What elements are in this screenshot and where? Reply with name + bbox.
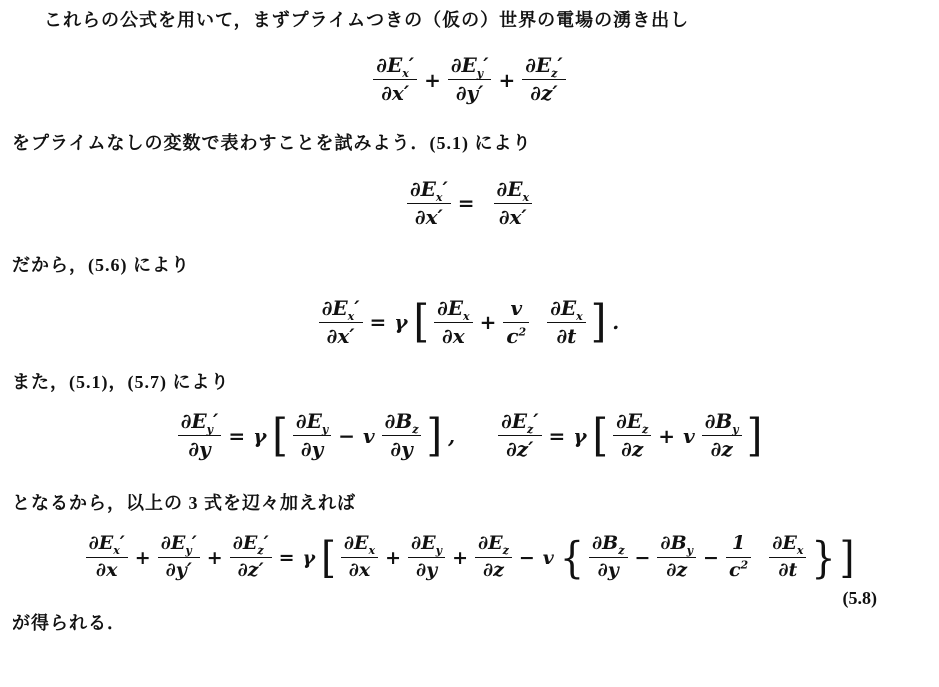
math-symbol: = — [458, 191, 475, 215]
equation-5-1-applied: ∂Ex′∂x′=∂Ex∂x′ — [12, 178, 927, 229]
bracket: [ — [593, 417, 609, 455]
math-symbol: + — [498, 68, 515, 92]
paragraph-lead: これらの公式を用いて，まずプライムつきの（仮の）世界の電場の湧き出し — [12, 8, 927, 32]
fraction: ∂Ex′∂x — [86, 533, 128, 582]
bracket: [ — [272, 417, 288, 455]
equation-divergence-primed: ∂Ex′∂x′+∂Ey′∂y′+∂Ez′∂z′ — [12, 54, 927, 105]
fraction: ∂Ex∂x — [341, 533, 378, 582]
fraction: ∂Ex′∂x′ — [407, 178, 451, 229]
math-symbol: v — [683, 424, 695, 448]
fraction: ∂Ey′∂y — [178, 410, 222, 461]
fraction: ∂By∂z — [702, 410, 742, 461]
paragraph-sum-three-equations: となるから，以上の 3 式を辺々加えれば — [12, 491, 927, 515]
bracket: [ — [413, 303, 429, 341]
math-symbol: = — [228, 424, 245, 448]
bracket: ] — [426, 417, 442, 455]
bracket: { — [560, 540, 584, 576]
paragraph-by-5-1-and-5-7: また，(5.1)，(5.7) により — [12, 370, 927, 394]
math-symbol: − — [635, 547, 651, 569]
paragraph-by-5-1: をプライムなしの変数で表わすことを試みよう．(5.1) により — [12, 131, 927, 155]
fraction: ∂Ey′∂y′ — [448, 54, 492, 105]
math-symbol: v — [543, 547, 554, 569]
bracket: [ — [321, 540, 336, 576]
math-symbol: + — [658, 424, 675, 448]
paragraph-result: が得られる． — [12, 611, 927, 635]
math-symbol: − — [338, 424, 355, 448]
bracket: ] — [591, 303, 607, 341]
math-symbol: + — [135, 547, 151, 569]
fraction: ∂Ex∂t — [547, 297, 586, 348]
bracket: ] — [747, 417, 763, 455]
equation-5-1-5-7-applied: ∂Ey′∂y=γ[∂Ey∂y−v∂Bz∂y],∂Ez′∂z′=γ[∂Ez∂z+v… — [12, 410, 927, 461]
fraction: ∂Bz∂y — [589, 533, 627, 582]
fraction: ∂Ex∂x — [434, 297, 473, 348]
math-symbol: . — [612, 310, 619, 334]
bracket: ] — [840, 540, 855, 576]
math-symbol: γ — [303, 547, 316, 569]
math-symbol: = — [279, 547, 295, 569]
fraction: ∂Ez′∂z′ — [498, 410, 541, 461]
fraction: ∂Ez∂z — [613, 410, 651, 461]
math-symbol: − — [703, 547, 719, 569]
bracket: } — [811, 540, 835, 576]
fraction: 1c2 — [726, 533, 751, 582]
math-symbol: + — [207, 547, 223, 569]
equation-5-6-applied: ∂Ex′∂x′=γ[∂Ex∂x+vc2∂Ex∂t]. — [12, 297, 927, 348]
fraction: ∂Ex∂x′ — [494, 178, 533, 229]
equation-5-8: ∂Ex′∂x+∂Ey′∂y′+∂Ez′∂z′=γ[∂Ex∂x+∂Ey∂y+∂Ez… — [12, 533, 927, 582]
fraction: ∂Ey∂y — [408, 533, 445, 582]
fraction: ∂Ex′∂x′ — [373, 54, 417, 105]
math-symbol: , — [448, 424, 455, 448]
fraction: ∂Ez′∂z′ — [230, 533, 272, 582]
math-symbol: + — [452, 547, 468, 569]
math-symbol: γ — [573, 424, 586, 448]
math-symbol: = — [549, 424, 566, 448]
equation-number: (5.8) — [12, 588, 927, 609]
math-symbol: + — [424, 68, 441, 92]
math-symbol: − — [519, 547, 535, 569]
fraction: ∂Ey∂y — [293, 410, 331, 461]
math-symbol: + — [480, 310, 497, 334]
fraction: ∂Ey′∂y′ — [158, 533, 200, 582]
math-symbol: γ — [253, 424, 266, 448]
math-symbol: + — [385, 547, 401, 569]
textbook-page: これらの公式を用いて，まずプライムつきの（仮の）世界の電場の湧き出し ∂Ex′∂… — [0, 0, 939, 687]
fraction: ∂Bz∂y — [382, 410, 422, 461]
fraction: ∂Ez′∂z′ — [522, 54, 565, 105]
math-symbol: = — [370, 310, 387, 334]
paragraph-by-5-6: だから，(5.6) により — [12, 253, 927, 277]
fraction: ∂Ex′∂x′ — [319, 297, 363, 348]
fraction: ∂Ez∂z — [475, 533, 512, 582]
fraction: ∂Ex∂t — [769, 533, 806, 582]
fraction: ∂By∂z — [657, 533, 696, 582]
math-symbol: γ — [394, 310, 407, 334]
math-symbol: v — [363, 424, 375, 448]
fraction: vc2 — [503, 297, 529, 348]
